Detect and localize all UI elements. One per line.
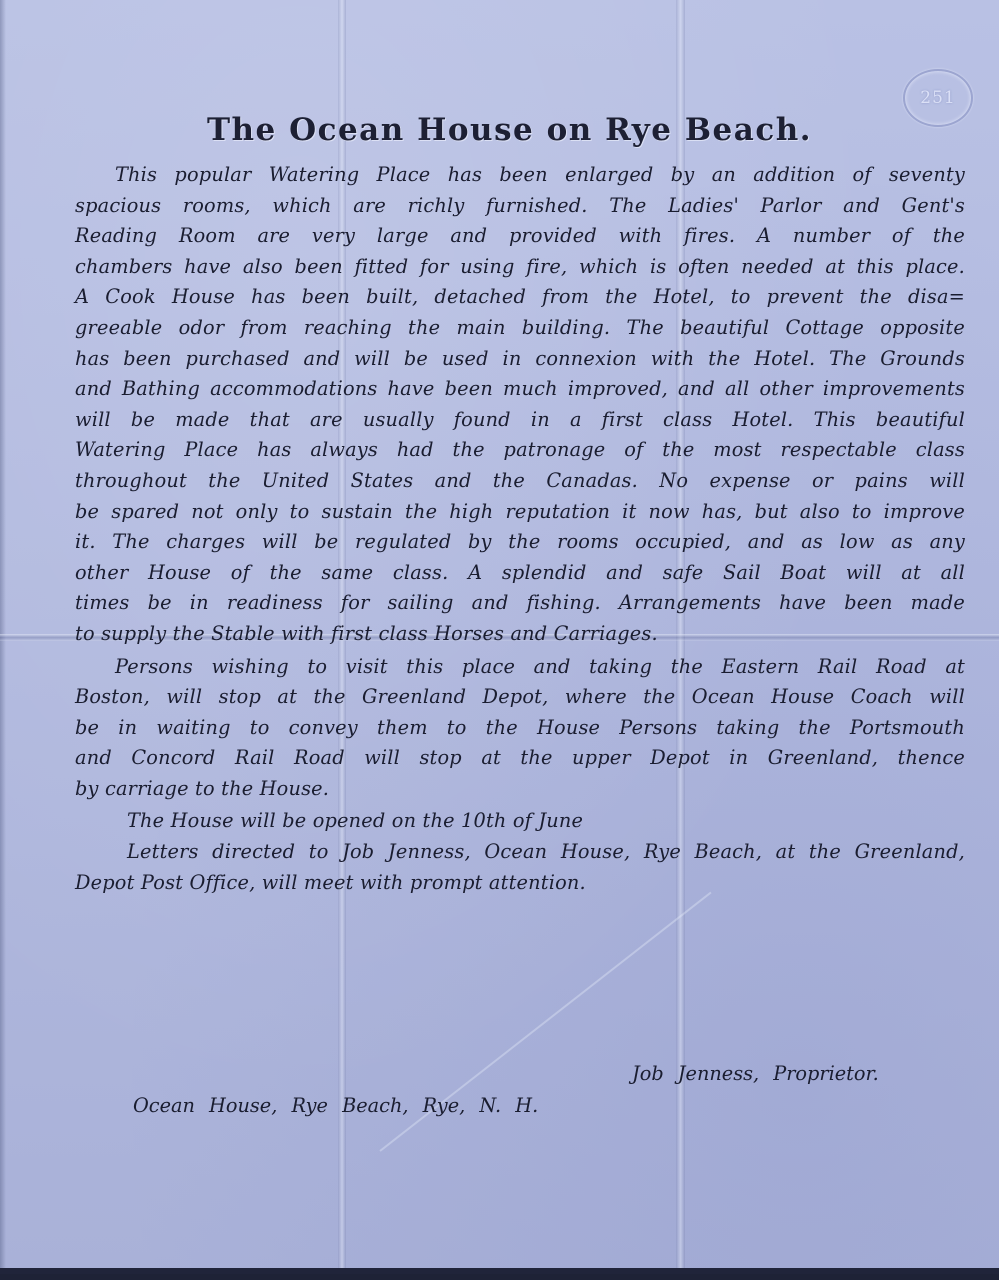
text-line: Reading Room are very large and provided… <box>75 221 965 252</box>
text-line: other House of the same class. A splendi… <box>75 558 965 589</box>
text-line: has been purchased and will be used in c… <box>75 344 965 375</box>
signature: Job Jenness, Proprietor. <box>632 1062 879 1085</box>
page-bottom-edge <box>0 1268 999 1274</box>
text-line: be spared not only to sustain the high r… <box>75 497 965 528</box>
text-line: and Concord Rail Road will stop at the u… <box>75 743 965 774</box>
text-line: throughout the United States and the Can… <box>75 466 965 497</box>
text-line: chambers have also been fitted for using… <box>75 252 965 283</box>
text-line: Letters directed to Job Jenness, Ocean H… <box>75 837 965 868</box>
text-line: Boston, will stop at the Greenland Depot… <box>75 682 965 713</box>
text-line: Persons wishing to visit this place and … <box>75 652 965 683</box>
document-body: This popular Watering Place has been enl… <box>75 160 965 898</box>
text-line: by carriage to the House. <box>75 774 965 805</box>
text-line: and Bathing accommodations have been muc… <box>75 374 965 405</box>
text-line: be in waiting to convey them to the Hous… <box>75 713 965 744</box>
text-line: This popular Watering Place has been enl… <box>75 160 965 191</box>
text-line: A Cook House has been built, detached fr… <box>75 282 965 313</box>
text-line: to supply the Stable with first class Ho… <box>75 619 965 650</box>
text-line: spacious rooms, which are richly furnish… <box>75 191 965 222</box>
text-line: it. The charges will be regulated by the… <box>75 527 965 558</box>
text-line: will be made that are usually found in a… <box>75 405 965 436</box>
address-line: Ocean House, Rye Beach, Rye, N. H. <box>133 1094 538 1117</box>
document-title: The Ocean House on Rye Beach. <box>0 112 999 148</box>
text-line: greeable odor from reaching the main bui… <box>75 313 965 344</box>
text-line: Watering Place has always had the patron… <box>75 435 965 466</box>
text-line: times be in readiness for sailing and fi… <box>75 588 965 619</box>
text-line: Depot Post Office, will meet with prompt… <box>75 868 965 899</box>
opening-date-line: The House will be opened on the 10th of … <box>75 806 965 837</box>
stamp-number: 251 <box>920 88 955 108</box>
document-page: 251 The Ocean House on Rye Beach. This p… <box>0 0 999 1274</box>
